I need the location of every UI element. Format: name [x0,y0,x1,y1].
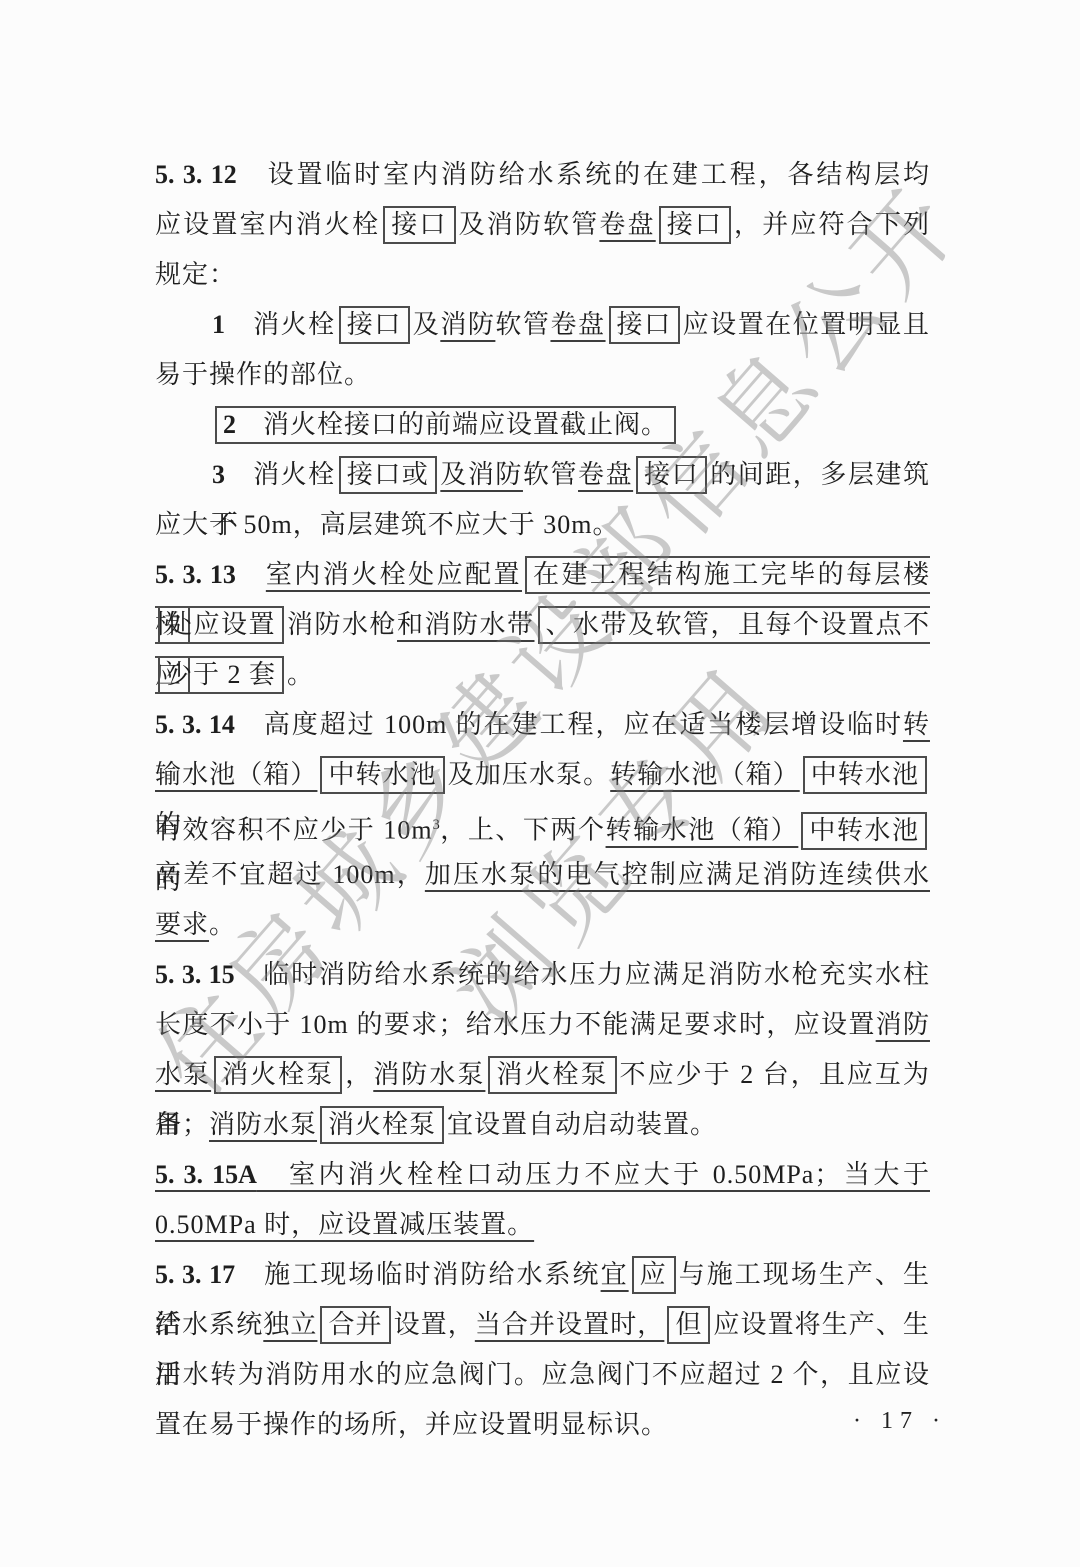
text-line: 水泵消火栓泵，消防水泵消火栓泵不应少于 2 台，且应互为备 [155,1050,930,1100]
clause-number: 3 [212,460,225,489]
clause-number: 5. 3. 17 [155,1260,235,1289]
deleted-text-box: 接口 [383,206,455,244]
deleted-text-box: 接口或 [339,456,438,494]
text-line: 应大于 50m，高层建筑不应大于 30m。 [155,500,930,550]
text-segment: 施工现场临时消防给水系统 [264,1260,600,1289]
text-line: 1 消火栓接口及消防软管卷盘接口应设置在位置明显且 [155,300,930,350]
text-segment: 用水转为消防用水的应急阀门。应急阀门不应超过 2 个，且应设 [155,1360,930,1389]
inserted-text-underline: 和消防水带 [397,610,535,639]
text-segment: 有效容积不应少于 10m [155,816,433,845]
text-line: 用水转为消防用水的应急阀门。应急阀门不应超过 2 个，且应设 [155,1350,930,1400]
inserted-text-underline: 转输水池（箱） [606,816,799,845]
text-line: 5. 3. 13 室内消火栓处应配置在建工程结构施工完毕的每层楼梯 [155,550,930,600]
text-segment [235,710,264,739]
text-segment: 软管 [495,310,550,339]
deleted-text-box: 接口 [636,456,707,494]
text-segment: ， [345,1060,373,1089]
inserted-text-underline: 消防 [876,1010,930,1039]
document-page: { "page": { "background": "#fcfcfc", "pa… [0,0,1080,1567]
inserted-text-underline: 消防水泵 [373,1060,485,1089]
inserted-text-underline: 宜 [601,1260,629,1289]
text-line: 置在易于操作的场所，并应设置明显标识。 [155,1400,930,1450]
text-segment [235,960,264,989]
clause-number: 5. 3. 13 [155,560,236,589]
text-segment [225,460,253,489]
text-line: 5. 3. 14 高度超过 100m 的在建工程，应在适当楼层增设临时转 [155,700,930,750]
text-segment: 及 [413,310,441,339]
text-segment: 高度超过 100m 的在建工程，应在适当楼层增设临时 [264,710,903,739]
text-line: 3 消火栓接口或及消防软管卷盘接口的间距，多层建筑不 [155,450,930,500]
deleted-text-box: 中转水池 [801,812,927,850]
clause-number: 2 [223,410,236,439]
inserted-text-underline: 卷盘 [578,460,633,489]
text-segment: 长度不小于 10m 的要求；给水压力不能满足要求时，应设置 [155,1010,876,1039]
text-segment: ，上、下两个 [440,816,606,845]
inserted-text-underline: 当合并设置时， [475,1310,665,1339]
page-number: · 17 · [840,1408,960,1435]
deleted-text-box: 接口 [609,306,680,344]
deleted-text-box: 但 [667,1306,710,1344]
text-line: 要求。 [155,900,930,950]
text-line: 处应设置消防水枪和消防水带、水带及软管，且每个设置点不应 [155,600,930,650]
text-segment: 应大于 50m，高层建筑不应大于 30m。 [155,510,619,539]
text-line: 5. 3. 17 施工现场临时消防给水系统宜应与施工现场生产、生活 [155,1250,930,1300]
text-segment [236,410,263,439]
inserted-text-underline: 5. 3. 15A 室内消火栓栓口动压力不应大于 0.50MPa；当大于 [155,1160,930,1189]
text-segment: 用； [155,1110,209,1139]
text-segment: ，并应符合下列 [734,210,930,239]
text-segment [225,310,253,339]
text-line: 给水系统独立合并设置，当合并设置时，但应设置将生产、生活 [155,1300,930,1350]
clause-number: 5. 3. 12 [155,160,237,189]
text-segment [235,1260,264,1289]
text-segment [257,1160,289,1189]
deleted-text-box: 接口 [659,206,731,244]
deleted-text-box: 消火栓泵 [488,1056,616,1094]
text-segment: 室内消火栓栓口动压力不应大于 0.50MPa；当大于 [289,1160,930,1189]
text-segment: 宜设置自动启动装置。 [447,1110,717,1139]
text-line: 5. 3. 12 设置临时室内消防给水系统的在建工程，各结构层均 [155,150,930,200]
text-segment: 软管 [523,460,578,489]
inserted-text-underline: 室内消火栓处应配置 [266,560,522,589]
inserted-text-underline: 卷盘 [599,210,655,239]
inserted-text-underline: 及消防 [440,460,523,489]
text-segment: 消防水枪 [287,610,397,639]
text-line: 少于 2 套。 [155,650,930,700]
text-segment: 应设置室内消火栓 [155,210,380,239]
text-segment: 给水系统 [155,1310,263,1339]
text-line: 5. 3. 15 临时消防给水系统的给水压力应满足消防水枪充实水柱 [155,950,930,1000]
deleted-text-box: 少于 2 套 [158,656,284,694]
text-segment: 高差不宜超过 100m， [155,860,425,889]
inserted-text-underline: 水泵 [155,1060,211,1089]
text-segment: 临时消防给水系统的给水压力应满足消防水枪充实水柱 [263,960,930,989]
deleted-text-box: 应 [632,1256,676,1294]
text-line: 长度不小于 10m 的要求；给水压力不能满足要求时，应设置消防 [155,1000,930,1050]
deleted-text-box: 消火栓泵 [320,1106,444,1144]
text-segment: 消火栓 [253,310,336,339]
text-line: 高差不宜超过 100m，加压水泵的电气控制应满足消防连续供水 [155,850,930,900]
text-line: 有效容积不应少于 10m3，上、下两个转输水池（箱）中转水池的 [155,800,930,850]
clause-number: 5. 3. 15 [155,960,235,989]
superscript: 3 [433,817,440,833]
inserted-text-underline: 要求 [155,910,209,939]
deleted-text-box: 中转水池 [803,756,927,794]
document-body: 5. 3. 12 设置临时室内消防给水系统的在建工程，各结构层均应设置室内消火栓… [155,150,930,1450]
clause-number: 1 [212,310,225,339]
text-segment [236,560,266,589]
deleted-text-box: 消火栓泵 [214,1056,342,1094]
deleted-text-box: 处应设置 [158,606,284,644]
deleted-text-box: 合并 [320,1306,390,1344]
inserted-text-underline: 消防水泵 [209,1110,317,1139]
inserted-text-underline: 0.50MPa 时，应设置减压装置。 [155,1210,534,1239]
text-segment: 消火栓接口的前端应设置截止阀。 [263,410,668,439]
clause-number: 5. 3. 15A [155,1160,257,1189]
text-segment [237,160,268,189]
text-segment: 。 [209,910,236,939]
text-segment: 。 [287,660,314,689]
clause-number: 5. 3. 14 [155,710,235,739]
text-segment: 消火栓 [253,460,336,489]
inserted-text-underline: 消防 [440,310,495,339]
inserted-text-underline: 加压水泵的电气控制应满足消防连续供水 [425,860,930,889]
deleted-text-box: 中转水池 [320,756,444,794]
inserted-text-underline: 输水池（箱） [155,760,317,789]
text-segment: 及加压水泵。 [448,760,610,789]
text-line: 应设置室内消火栓接口及消防软管卷盘接口，并应符合下列 [155,200,930,250]
deleted-text-box: 2 消火栓接口的前端应设置截止阀。 [215,406,676,444]
text-line: 5. 3. 15A 室内消火栓栓口动压力不应大于 0.50MPa；当大于 [155,1150,930,1200]
inserted-text-underline: 转输水池（箱） [610,760,800,789]
deleted-text-box: 接口 [339,306,410,344]
inserted-text-underline: 转 [903,710,930,739]
text-segment: 应设置在位置明显且 [683,310,930,339]
text-line: 用；消防水泵消火栓泵宜设置自动启动装置。 [155,1100,930,1150]
text-segment: 设置临时室内消防给水系统的在建工程，各结构层均 [268,160,930,189]
text-segment: 置在易于操作的场所，并应设置明显标识。 [155,1410,668,1439]
text-line: 易于操作的部位。 [155,350,930,400]
inserted-text-underline: 卷盘 [550,310,605,339]
text-segment: 规定： [155,260,236,289]
text-segment: 设置， [394,1310,475,1339]
inserted-text-underline: 独立 [263,1310,317,1339]
text-line: 0.50MPa 时，应设置减压装置。 [155,1200,930,1250]
text-line: 2 消火栓接口的前端应设置截止阀。 [155,400,930,450]
text-line: 输水池（箱）中转水池及加压水泵。转输水池（箱）中转水池的 [155,750,930,800]
text-segment: 易于操作的部位。 [155,360,371,389]
text-segment: 及消防软管 [459,210,600,239]
text-line: 规定： [155,250,930,300]
